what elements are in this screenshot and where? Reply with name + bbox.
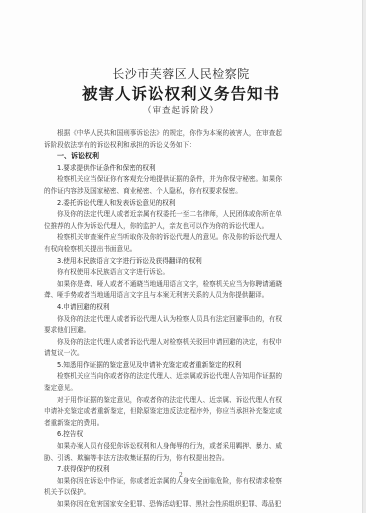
item-paragraph: 你及你的法定代理人或者近亲属有权委托一至二名律师，人民团体或你所在单位推荐的人作…: [44, 209, 282, 232]
item-heading: 6.控告权: [44, 429, 282, 441]
document-title: 被害人诉讼权利义务告知书: [0, 82, 362, 104]
item-paragraph: 你及你的法定代理人或者诉讼代理人认为检察人员具有法定回避事由的，有权要求他们回避…: [44, 314, 282, 337]
organization-name: 长沙市芙蓉区人民检察院: [0, 65, 362, 82]
item-paragraph: 如果你是聋、哑人或者不通晓当地通用语言文字，检察机关应当为你聘请通晓聋、哑手势或…: [44, 279, 282, 302]
intro-paragraph: 根据《中华人民共和国刑事诉讼法》的规定，你作为本案的被害人，在审查起诉阶段依法享…: [44, 128, 282, 151]
item-paragraph: 对于用作证据的鉴定意见，你或者你的法定代理人、近亲属、诉讼代理人有权申请补充鉴定…: [44, 395, 282, 430]
item-paragraph: 如果你因在危害国家安全犯罪、恐怖活动犯罪、黑社会性质组织犯罪、毒品犯: [44, 499, 282, 511]
item-paragraph: 检察机关审查案件应当听取你及你的诉讼代理人的意见。你及你的诉讼代理人有权向检察机…: [44, 232, 282, 255]
item-heading: 4.申请回避的权利: [44, 302, 282, 314]
item-heading: 3.使用本民族语言文字进行诉讼及获得翻译的权利: [44, 256, 282, 268]
item-paragraph: 如果你因在诉讼中作证，你或者近亲属的人身安全面临危险，你有权请求检察机关予以保护…: [44, 476, 282, 499]
document-subtitle: （审查起诉阶段）: [0, 104, 362, 116]
section-heading-rights: 一、诉讼权利: [44, 151, 282, 163]
document-body: 根据《中华人民共和国刑事诉讼法》的规定，你作为本案的被害人，在审查起诉阶段依法享…: [44, 128, 282, 511]
item-paragraph: 你及你的法定代理人或者诉讼代理人对检察机关驳回申请回避的决定，有权申请复议一次。: [44, 337, 282, 360]
item-heading: 5.知悉用作证据的鉴定意见及申请补充鉴定或者重新鉴定的权利: [44, 360, 282, 372]
item-heading: 1.要求提供作证条件和保密的权利: [44, 163, 282, 175]
item-heading: 7.获得保护的权利: [44, 464, 282, 476]
item-paragraph: 如果办案人员有侵犯你诉讼权利和人身侮辱的行为，或者采用羁押、暴力、威胁、引诱、欺…: [44, 441, 282, 464]
item-paragraph: 检察机关应当保证你有客观充分地提供证据的条件，并为你保守秘密。如果你的作证内容涉…: [44, 174, 282, 197]
item-heading: 2.委托诉讼代理人和发表诉讼意见的权利: [44, 198, 282, 210]
page-number: 2: [179, 472, 183, 479]
document-page: 长沙市芙蓉区人民检察院 被害人诉讼权利义务告知书 （审查起诉阶段） 根据《中华人…: [0, 0, 363, 513]
item-paragraph: 你有权使用本民族语言文字进行诉讼。: [44, 267, 282, 279]
item-paragraph: 检察机关应当向你或者你的法定代理人、近亲属或诉讼代理人告知用作证据的鉴定意见。: [44, 371, 282, 394]
